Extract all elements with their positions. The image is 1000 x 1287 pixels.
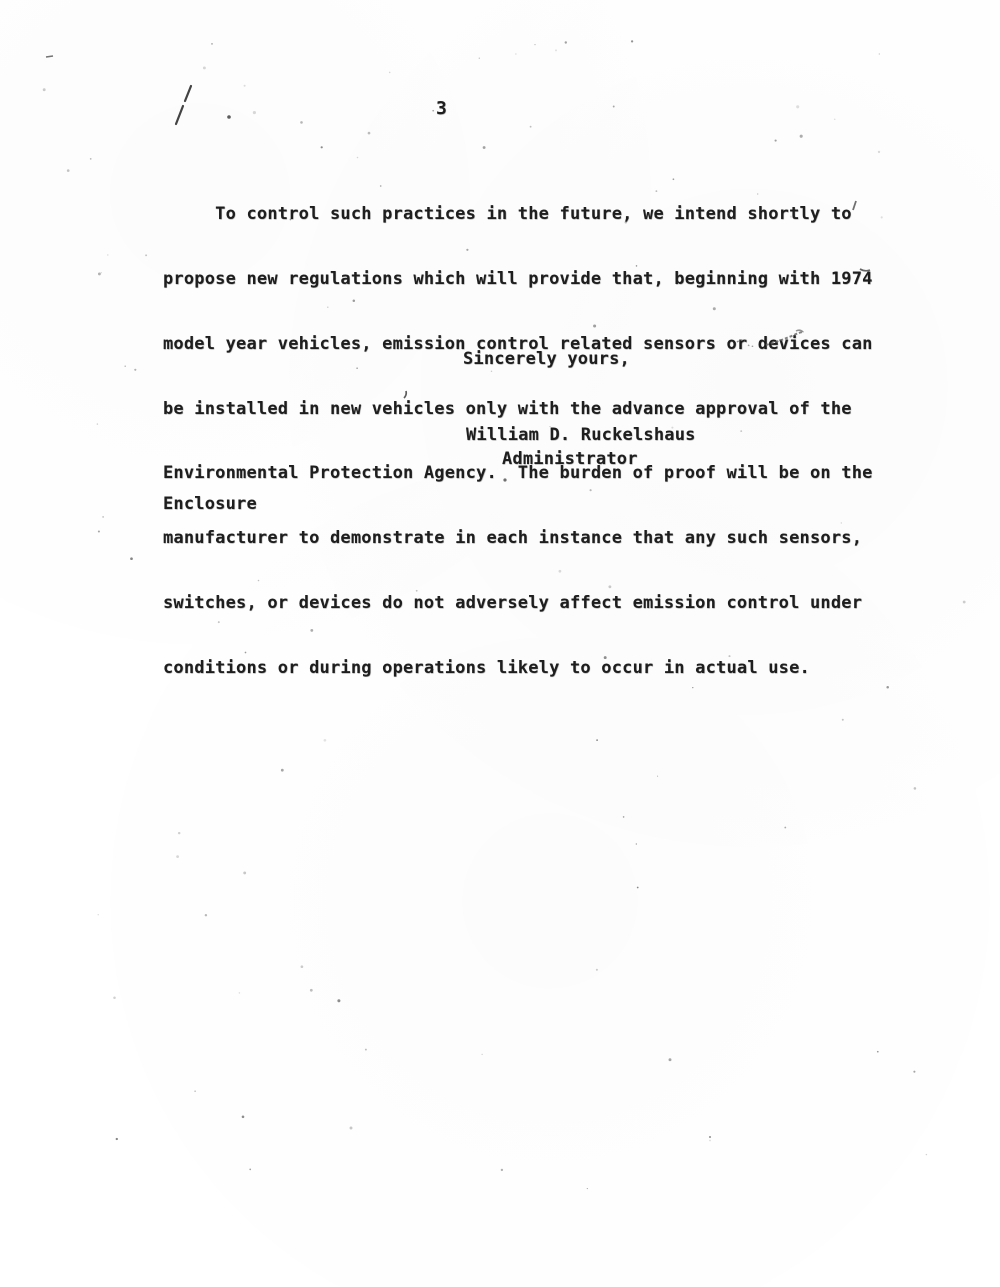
scan-slash-mark bbox=[176, 86, 191, 124]
paragraph-line: To control such practices in the future,… bbox=[163, 204, 873, 226]
closing-salutation: Sincerely yours, bbox=[463, 349, 630, 369]
signature-name: William D. Ruckelshaus bbox=[466, 425, 696, 445]
paragraph-line: switches, or devices do not adversely af… bbox=[163, 593, 873, 615]
paragraph-line: conditions or during operations likely t… bbox=[163, 658, 873, 680]
signature-title: Administrator bbox=[502, 449, 638, 469]
paragraph-line: manufacturer to demonstrate in each inst… bbox=[163, 528, 873, 550]
page-number: 3 bbox=[436, 98, 447, 119]
scanned-letter-page: 3 To control such practices in the futur… bbox=[0, 0, 1000, 1287]
scan-dash-mark bbox=[46, 56, 53, 57]
paragraph-line: propose new regulations which will provi… bbox=[163, 269, 873, 291]
paragraph-line: be installed in new vehicles only with t… bbox=[163, 399, 873, 421]
enclosure-notation: Enclosure bbox=[163, 494, 257, 514]
scan-dot bbox=[227, 115, 231, 119]
